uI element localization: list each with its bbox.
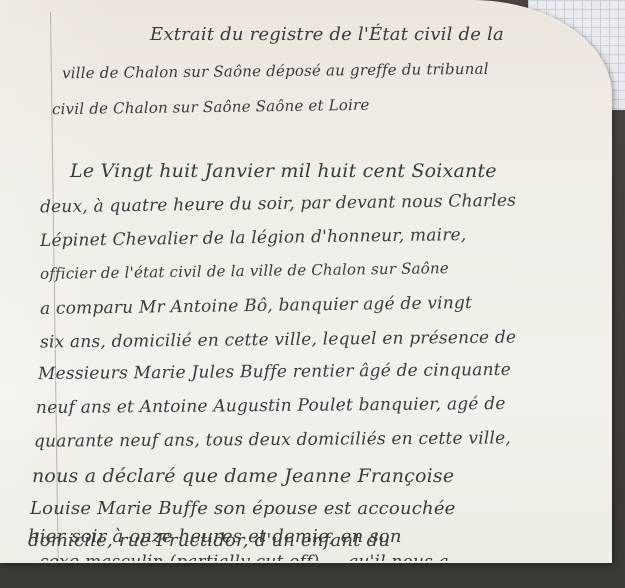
body-line-8: neuf ans et Antoine Augustin Poulet banq… [36, 394, 506, 418]
header-line-3: civil de Chalon sur Saône Saône et Loire [52, 96, 370, 118]
body-line-9: quarante neuf ans, tous deux domiciliés … [34, 428, 511, 451]
document-page: Extrait du registre de l'État civil de l… [0, 0, 612, 563]
body-line-10: nous a déclaré que dame Jeanne Françoise [32, 465, 454, 487]
body-line-3: Lépinet Chevalier de la légion d'honneur… [40, 225, 467, 251]
body-line-7: Messieurs Marie Jules Buffe rentier âgé … [38, 360, 511, 384]
header-line-1: Extrait du registre de l'État civil de l… [150, 24, 504, 45]
body-line-11: Louise Marie Buffe son épouse est accouc… [30, 498, 456, 519]
body-line-13: domicile, rue Fructidor, d'un enfant du [28, 530, 390, 551]
body-line-6: six ans, domicilié en cette ville, leque… [40, 328, 516, 353]
header-line-2: ville de Chalon sur Saône déposé au gref… [62, 60, 489, 82]
body-line-4: officier de l'état civil de la ville de … [40, 259, 449, 283]
body-line-1: Le Vingt huit Janvier mil huit cent Soix… [70, 160, 497, 182]
body-line-5: a comparu Mr Antoine Bô, banquier agé de… [40, 293, 472, 319]
body-line-2: deux, à quatre heure du soir, par devant… [40, 191, 516, 218]
